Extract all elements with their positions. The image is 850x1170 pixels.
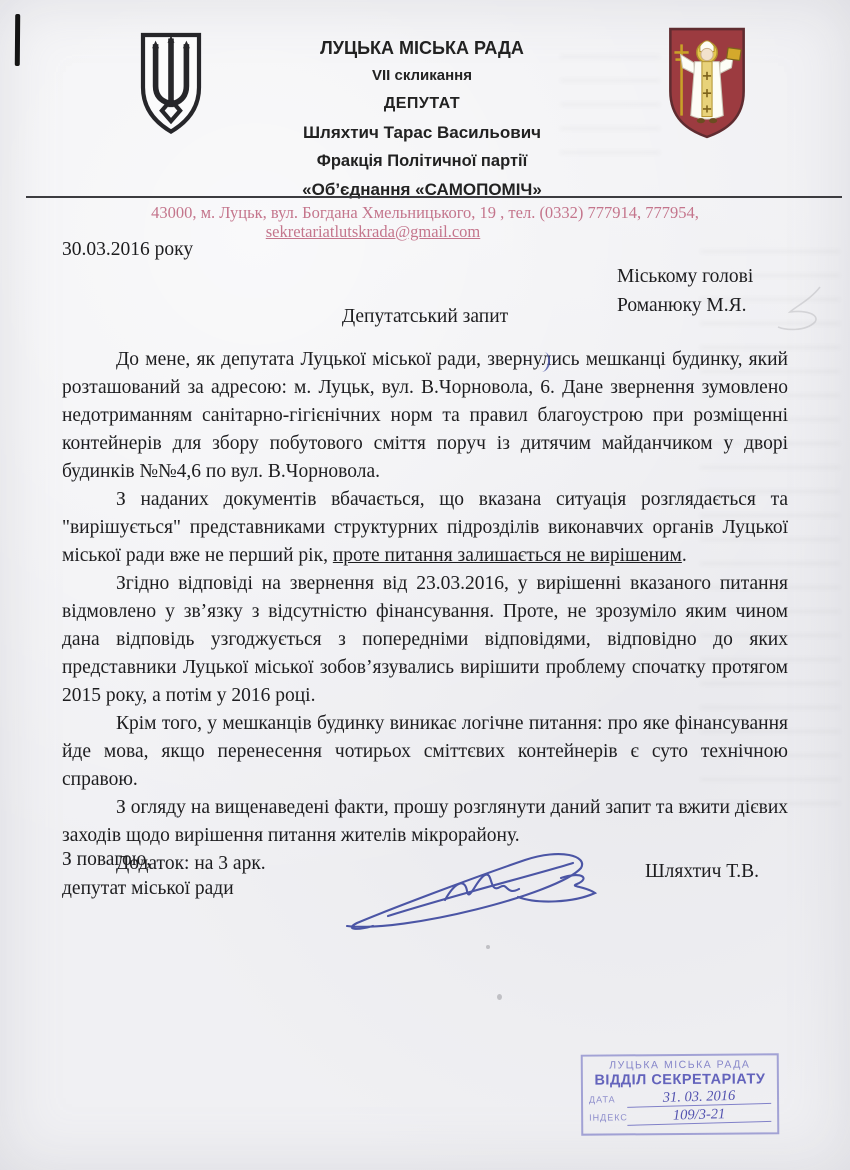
- deputy-name: Шляхтич Тарас Васильович: [222, 118, 622, 147]
- stamp-date-label: ДАТА: [589, 1094, 627, 1106]
- body-paragraph: Згідно відповіді на звернення від 23.03.…: [62, 570, 788, 710]
- recipient-line-1: Міському голові: [617, 262, 753, 291]
- document-date: 30.03.2016 року: [62, 239, 193, 261]
- role-title: ДЕПУТАТ: [222, 90, 622, 118]
- registration-stamp: ЛУЦЬКА МІСЬКА РАДА ВІДДІЛ СЕКРЕТАРІАТУ Д…: [581, 1053, 780, 1135]
- document-title: Депутатський запит: [62, 306, 788, 328]
- closing-block: З повагою, депутат міської ради: [62, 845, 234, 903]
- faction-line-2: «Об’єднання «САМОПОМІЧ»: [222, 175, 622, 204]
- stamp-index-value: 109/3-21: [627, 1106, 771, 1126]
- lutsk-coat-of-arms-icon: [666, 26, 748, 140]
- stamp-date-value: 31. 03. 2016: [627, 1088, 771, 1108]
- org-name: ЛУЦЬКА МІСЬКА РАДА: [222, 34, 622, 62]
- scanned-letter-page: ЛУЦЬКА МІСЬКА РАДА VII скликання ДЕПУТАТ…: [0, 0, 850, 1170]
- stamp-index-label: ІНДЕКС: [589, 1112, 627, 1124]
- paper-speck: [497, 994, 502, 1000]
- paper-speck: [486, 945, 490, 949]
- closing-line-2: депутат міської ради: [62, 874, 234, 903]
- body-paragraph: Крім того, у мешканців будинку виникає л…: [62, 710, 788, 794]
- convocation: VII скликання: [222, 62, 622, 90]
- letterhead: ЛУЦЬКА МІСЬКА РАДА VII скликання ДЕПУТАТ…: [222, 34, 622, 204]
- stamp-dept-line: ВІДДІЛ СЕКРЕТАРІАТУ: [589, 1071, 771, 1088]
- signer-name: Шляхтич Т.В.: [645, 861, 759, 883]
- letter-body: До мене, як депутата Луцької міської рад…: [62, 346, 788, 878]
- body-paragraph: З наданих документів вбачається, що вказ…: [62, 486, 788, 570]
- contact-address: 43000, м. Луцьк, вул. Богдана Хмельницьк…: [62, 202, 788, 223]
- stamp-org-line: ЛУЦЬКА МІСЬКА РАДА: [589, 1058, 771, 1071]
- handwritten-signature: [333, 836, 605, 932]
- scan-artifact-mark: [15, 14, 20, 66]
- header-divider: [26, 196, 842, 198]
- closing-line-1: З повагою,: [62, 845, 234, 874]
- faction-line-1: Фракція Політичної партії: [222, 147, 622, 175]
- body-paragraph: До мене, як депутата Луцької міської рад…: [62, 346, 788, 486]
- tryzub-emblem-icon: [136, 31, 206, 137]
